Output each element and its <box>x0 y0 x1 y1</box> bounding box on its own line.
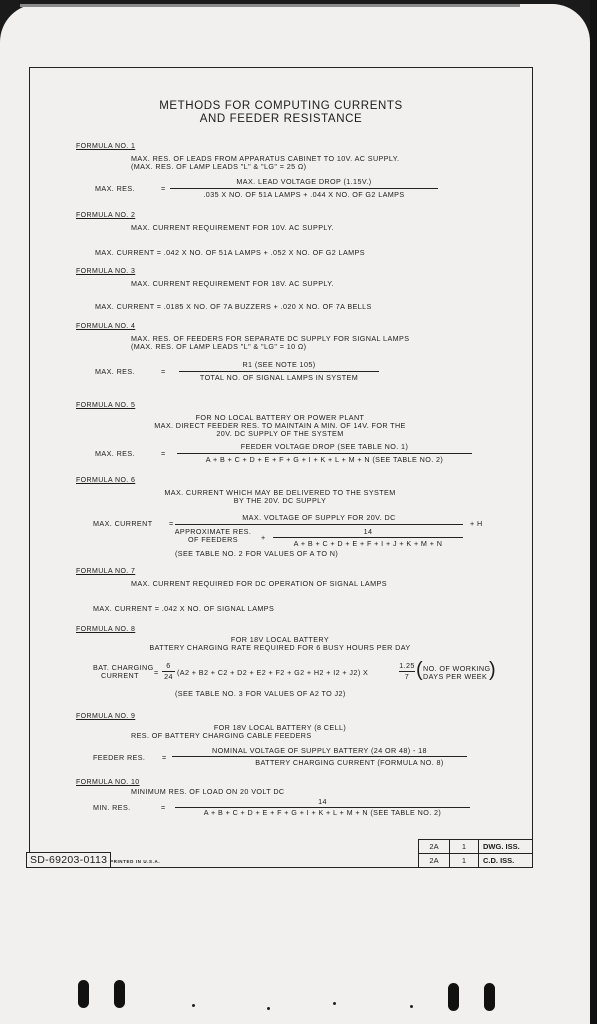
numerator: 14 <box>175 798 470 806</box>
issue-col2: 1 <box>450 840 479 854</box>
formula-3-desc: MAX. CURRENT REQUIREMENT FOR 18V. AC SUP… <box>131 280 334 288</box>
fraction-bar <box>273 537 463 538</box>
speck <box>267 1007 270 1010</box>
equals-sign: = <box>161 804 166 812</box>
issue-col2: 1 <box>450 854 479 868</box>
formula-8-lhs: CURRENT <box>101 672 139 680</box>
equals-sign: = <box>162 754 167 762</box>
formula-1-desc: (MAX. RES. OF LAMP LEADS "L" & "LG" = 25… <box>131 163 306 171</box>
formula-8-desc: BATTERY CHARGING RATE REQUIRED FOR 6 BUS… <box>90 644 470 652</box>
scan-edge <box>20 4 520 7</box>
formula-7-header: FORMULA NO. 7 <box>76 568 135 576</box>
issue-label: DWG. ISS. <box>479 840 533 854</box>
formula-4-header: FORMULA NO. 4 <box>76 323 135 331</box>
formula-4-desc: (MAX. RES. OF LAMP LEADS "L" & "LG" = 10… <box>131 343 306 351</box>
formula-10-lhs: MIN. RES. <box>93 804 131 812</box>
scan-edge-right <box>590 0 597 1024</box>
equals-sign: = <box>161 450 166 458</box>
issue-row: 2A 1 C.D. ISS. <box>419 854 533 868</box>
formula-6-header: FORMULA NO. 6 <box>76 477 135 485</box>
formula-10-desc: MINIMUM RES. OF LOAD ON 20 VOLT DC <box>131 788 285 796</box>
formula-10-header: FORMULA NO. 10 <box>76 779 140 787</box>
formula-6-tail: + H <box>470 520 483 528</box>
document-sheet: METHODS FOR COMPUTING CURRENTS AND FEEDE… <box>0 4 590 1024</box>
equals-sign: = <box>161 185 166 193</box>
formula-6-desc: BY THE 20V. DC SUPPLY <box>90 497 470 505</box>
formula-3-expr: MAX. CURRENT = .0185 X NO. OF 7A BUZZERS… <box>95 303 372 311</box>
fraction-bar <box>177 453 472 454</box>
formula-5-header: FORMULA NO. 5 <box>76 402 135 410</box>
formula-6-den-left: OF FEEDERS <box>173 536 253 544</box>
numerator: MAX. VOLTAGE OF SUPPLY FOR 20V. DC <box>175 514 463 522</box>
formula-9-desc: RES. OF BATTERY CHARGING CABLE FEEDERS <box>131 732 312 740</box>
page-title: METHODS FOR COMPUTING CURRENTS AND FEEDE… <box>30 100 532 126</box>
formula-8-paren: DAYS PER WEEK <box>423 673 487 681</box>
equals-sign: = <box>161 368 166 376</box>
formula-2-expr: MAX. CURRENT = .042 X NO. OF 51A LAMPS +… <box>95 249 365 257</box>
formula-8-fraction-125-7: 1.25 7 <box>399 662 415 684</box>
equals-sign: = <box>154 669 159 677</box>
formula-1-header: FORMULA NO. 1 <box>76 143 135 151</box>
formula-6-lhs: MAX. CURRENT <box>93 520 153 528</box>
numerator: 6 <box>162 662 175 670</box>
formula-8-fraction-6-24: 6 24 <box>162 662 175 684</box>
formula-9-fraction: NOMINAL VOLTAGE OF SUPPLY BATTERY (24 OR… <box>172 747 467 771</box>
formula-2-header: FORMULA NO. 2 <box>76 212 135 220</box>
open-paren: ( <box>416 660 423 680</box>
numerator: FEEDER VOLTAGE DROP (SEE TABLE NO. 1) <box>177 443 472 451</box>
fraction-bar <box>175 524 463 525</box>
denominator: A + B + C + D + E + F + G + I + K + L + … <box>177 456 472 464</box>
punch-hole <box>78 980 89 1008</box>
issue-col1: 2A <box>419 840 450 854</box>
numerator: R1 (SEE NOTE 105) <box>179 361 379 369</box>
speck <box>333 1002 336 1005</box>
punch-hole <box>114 980 125 1008</box>
formula-3-header: FORMULA NO. 3 <box>76 268 135 276</box>
formula-7-expr: MAX. CURRENT = .042 X NO. OF SIGNAL LAMP… <box>93 605 274 613</box>
issue-col1: 2A <box>419 854 450 868</box>
formula-5-lhs: MAX. RES. <box>95 450 135 458</box>
formula-5-desc: 20V. DC SUPPLY OF THE SYSTEM <box>90 430 470 438</box>
numerator: MAX. LEAD VOLTAGE DROP (1.15V.) <box>170 178 438 186</box>
fraction-bar <box>170 188 438 189</box>
equals-sign: = <box>169 520 174 528</box>
formula-10-fraction: 14 A + B + C + D + E + F + G + I + K + L… <box>175 798 470 822</box>
formula-8-sum: (A2 + B2 + C2 + D2 + E2 + F2 + G2 + H2 +… <box>177 669 368 677</box>
numerator: 1.25 <box>399 662 415 670</box>
formula-1-fraction: MAX. LEAD VOLTAGE DROP (1.15V.) .035 X N… <box>170 178 438 204</box>
drawing-frame: METHODS FOR COMPUTING CURRENTS AND FEEDE… <box>29 67 533 868</box>
formula-6-note: (SEE TABLE NO. 2 FOR VALUES OF A TO N) <box>175 550 338 558</box>
plus-sign: + <box>261 534 266 542</box>
close-paren: ) <box>489 660 496 680</box>
issue-label: C.D. ISS. <box>479 854 533 868</box>
denominator: TOTAL NO. OF SIGNAL LAMPS IN SYSTEM <box>179 374 379 382</box>
denominator: BATTERY CHARGING CURRENT (FORMULA NO. 8) <box>232 759 467 767</box>
denominator: .035 X NO. OF 51A LAMPS + .044 X NO. OF … <box>170 191 438 199</box>
formula-9-lhs: FEEDER RES. <box>93 754 145 762</box>
punch-hole <box>448 983 459 1011</box>
speck <box>410 1005 413 1008</box>
issue-table: 2A 1 DWG. ISS. 2A 1 C.D. ISS. <box>418 839 533 868</box>
numerator: NOMINAL VOLTAGE OF SUPPLY BATTERY (24 OR… <box>172 747 467 755</box>
denominator: A + B + C + D + E + F + G + I + K + L + … <box>175 809 470 817</box>
formula-1-lhs: MAX. RES. <box>95 185 135 193</box>
numerator: 14 <box>273 528 463 536</box>
fraction-bar <box>179 371 379 372</box>
title-line-1: METHODS FOR COMPUTING CURRENTS <box>30 100 532 113</box>
fraction-bar <box>172 756 467 757</box>
printed-in-usa: PRINTED IN U.S.A. <box>110 859 160 864</box>
title-line-2: AND FEEDER RESISTANCE <box>30 113 532 126</box>
formula-9-header: FORMULA NO. 9 <box>76 713 135 721</box>
formula-8-note: (SEE TABLE NO. 3 FOR VALUES OF A2 TO J2) <box>175 690 346 698</box>
formula-5-fraction: FEEDER VOLTAGE DROP (SEE TABLE NO. 1) A … <box>177 443 472 469</box>
formula-4-fraction: R1 (SEE NOTE 105) TOTAL NO. OF SIGNAL LA… <box>179 361 379 387</box>
denominator: 7 <box>399 673 415 681</box>
denominator: A + B + C + D + E + F + I + J + K + M + … <box>273 540 463 548</box>
formula-7-desc: MAX. CURRENT REQUIRED FOR DC OPERATION O… <box>131 580 387 588</box>
denominator: 24 <box>162 673 175 681</box>
formula-2-desc: MAX. CURRENT REQUIREMENT FOR 10V. AC SUP… <box>131 224 334 232</box>
issue-row: 2A 1 DWG. ISS. <box>419 840 533 854</box>
speck <box>192 1004 195 1007</box>
punch-hole <box>484 983 495 1011</box>
formula-4-lhs: MAX. RES. <box>95 368 135 376</box>
formula-8-header: FORMULA NO. 8 <box>76 626 135 634</box>
document-number: SD-69203-0113 <box>26 852 111 868</box>
